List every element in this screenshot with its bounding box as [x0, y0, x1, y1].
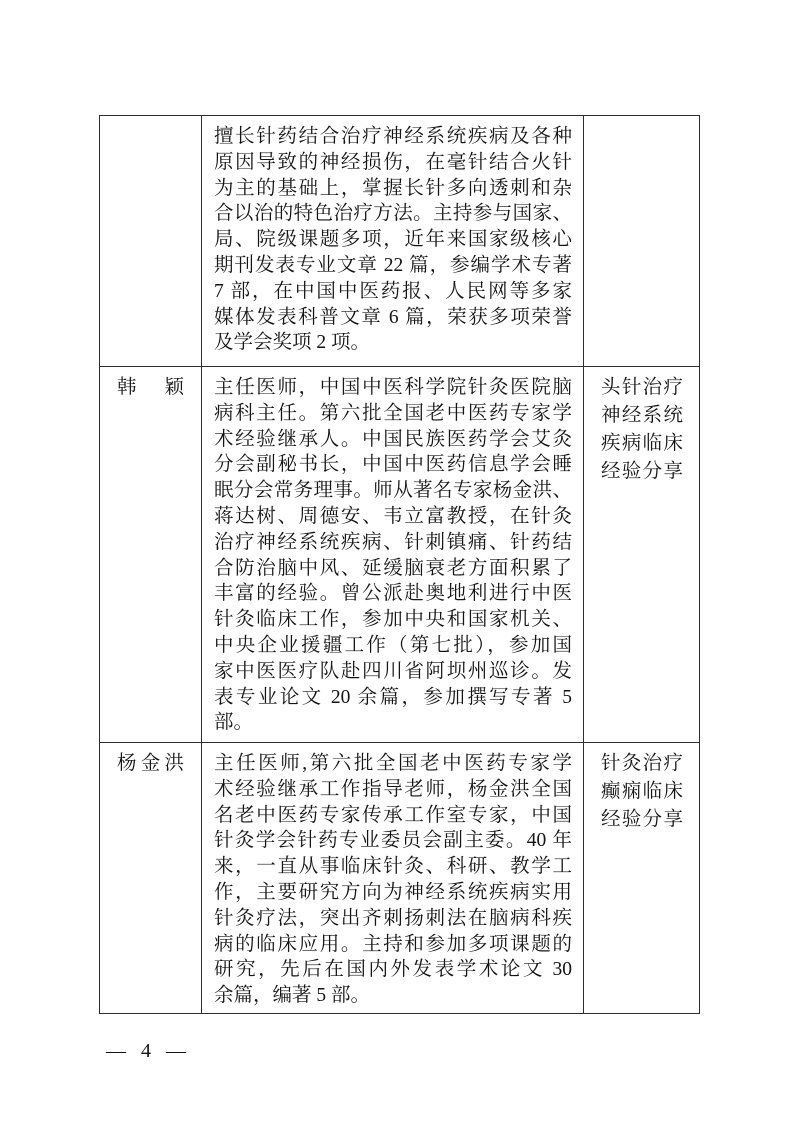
lecture-topic-line: 疾病临床 [601, 430, 683, 458]
bio-line: 术经验继承人。中国民族医药学会艾灸 [214, 427, 572, 453]
expert-name: 杨金洪 [117, 751, 184, 777]
expert-name-cell: 韩颖 [100, 367, 202, 742]
expert-name-char: 韩 [117, 375, 137, 401]
bio-line: 余篇，编著 5 部。 [214, 983, 572, 1009]
bio-line: 为主的基础上，掌握长针多向透刺和杂 [214, 176, 572, 202]
bio-line: 部。 [214, 710, 572, 736]
bio-line: 局、院级课题多项，近年来国家级核心 [214, 227, 572, 253]
expert-bio-cell: 主任医师,第六批全国老中医药专家学术经验继承工作指导老师，杨金洪全国名老中医药专… [202, 743, 584, 1014]
expert-name-cell: 杨金洪 [100, 743, 202, 1014]
bio-line: 合防治脑中风、延缓脑衰老方面积累了 [214, 556, 572, 582]
bio-line: 名老中医药专家传承工作室专家，中国 [214, 803, 572, 829]
lecture-topic-cell: 头针治疗神经系统疾病临床经验分享 [584, 367, 699, 742]
lecture-topic-line: 经验分享 [601, 806, 683, 834]
bio-line: 擅长针药结合治疗神经系统疾病及各种 [214, 124, 572, 150]
bio-line: 表专业论文 20 余篇，参加撰写专著 5 [214, 685, 572, 711]
experts-table: 擅长针药结合治疗神经系统疾病及各种原因导致的神经损伤，在毫针结合火针为主的基础上… [99, 115, 700, 1014]
bio-line: 作，主要研究方向为神经系统疾病实用 [214, 880, 572, 906]
bio-line: 原因导致的神经损伤，在毫针结合火针 [214, 150, 572, 176]
lecture-topic-cell [584, 116, 699, 366]
bio-line: 眠分会常务理事。师从著名专家杨金洪、 [214, 478, 572, 504]
bio-line: 分会副秘书长，中国中医药信息学会睡 [214, 452, 572, 478]
bio-line: 针灸临床工作，参加中央和国家机关、 [214, 607, 572, 633]
expert-name-char: 金 [141, 751, 161, 777]
bio-line: 家中医医疗队赴四川省阿坝州巡诊。发 [214, 659, 572, 685]
bio-line: 媒体发表科普文章 6 篇，荣获多项荣誉 [214, 305, 572, 331]
bio-line: 针灸学会针药专业委员会副主委。40 年 [214, 828, 572, 854]
page-number: — 4 — [106, 1040, 187, 1063]
table-row: 杨金洪主任医师,第六批全国老中医药专家学术经验继承工作指导老师，杨金洪全国名老中… [100, 743, 699, 1014]
table-row: 韩颖主任医师，中国中医科学院针灸医院脑病科主任。第六批全国老中医药专家学术经验继… [100, 367, 699, 743]
bio-line: 研究，先后在国内外发表学术论文 30 [214, 957, 572, 983]
expert-name-char: 洪 [164, 751, 184, 777]
bio-line: 来，一直从事临床针灸、科研、教学工 [214, 854, 572, 880]
bio-line: 主任医师,第六批全国老中医药专家学 [214, 751, 572, 777]
expert-name-char: 颖 [164, 375, 184, 401]
lecture-topic-cell: 针灸治疗癫痫临床经验分享 [584, 743, 699, 1014]
bio-line: 蒋达树、周德安、韦立富教授，在针灸 [214, 504, 572, 530]
lecture-topic-line: 经验分享 [601, 458, 683, 486]
bio-line: 主任医师，中国中医科学院针灸医院脑 [214, 375, 572, 401]
expert-bio-cell: 主任医师，中国中医科学院针灸医院脑病科主任。第六批全国老中医药专家学术经验继承人… [202, 367, 584, 742]
bio-line: 病的临床应用。主持和参加多项课题的 [214, 932, 572, 958]
document-page: 擅长针药结合治疗神经系统疾病及各种原因导致的神经损伤，在毫针结合火针为主的基础上… [0, 0, 800, 1131]
lecture-topic-line: 神经系统 [601, 402, 683, 430]
bio-line: 7 部，在中国中医药报、人民网等多家 [214, 279, 572, 305]
bio-line: 中央企业援疆工作（第七批），参加国 [214, 633, 572, 659]
bio-line: 治疗神经系统疾病、针刺镇痛、针药结 [214, 530, 572, 556]
bio-line: 病科主任。第六批全国老中医药专家学 [214, 401, 572, 427]
bio-line: 合以治的特色治疗方法。主持参与国家、 [214, 201, 572, 227]
expert-name-cell [100, 116, 202, 366]
bio-line: 丰富的经验。曾公派赴奥地利进行中医 [214, 581, 572, 607]
expert-name-char: 杨 [117, 751, 137, 777]
bio-line: 针灸疗法，突出齐刺扬刺法在脑病科疾 [214, 906, 572, 932]
table-row: 擅长针药结合治疗神经系统疾病及各种原因导致的神经损伤，在毫针结合火针为主的基础上… [100, 116, 699, 367]
expert-bio-cell: 擅长针药结合治疗神经系统疾病及各种原因导致的神经损伤，在毫针结合火针为主的基础上… [202, 116, 584, 366]
lecture-topic-line: 头针治疗 [601, 374, 683, 402]
bio-line: 期刊发表专业文章 22 篇，参编学术专著 [214, 253, 572, 279]
lecture-topic-line: 针灸治疗 [601, 750, 683, 778]
bio-line: 术经验继承工作指导老师，杨金洪全国 [214, 777, 572, 803]
expert-name: 韩颖 [117, 375, 184, 401]
bio-line: 及学会奖项 2 项。 [214, 330, 572, 356]
lecture-topic-line: 癫痫临床 [601, 778, 683, 806]
